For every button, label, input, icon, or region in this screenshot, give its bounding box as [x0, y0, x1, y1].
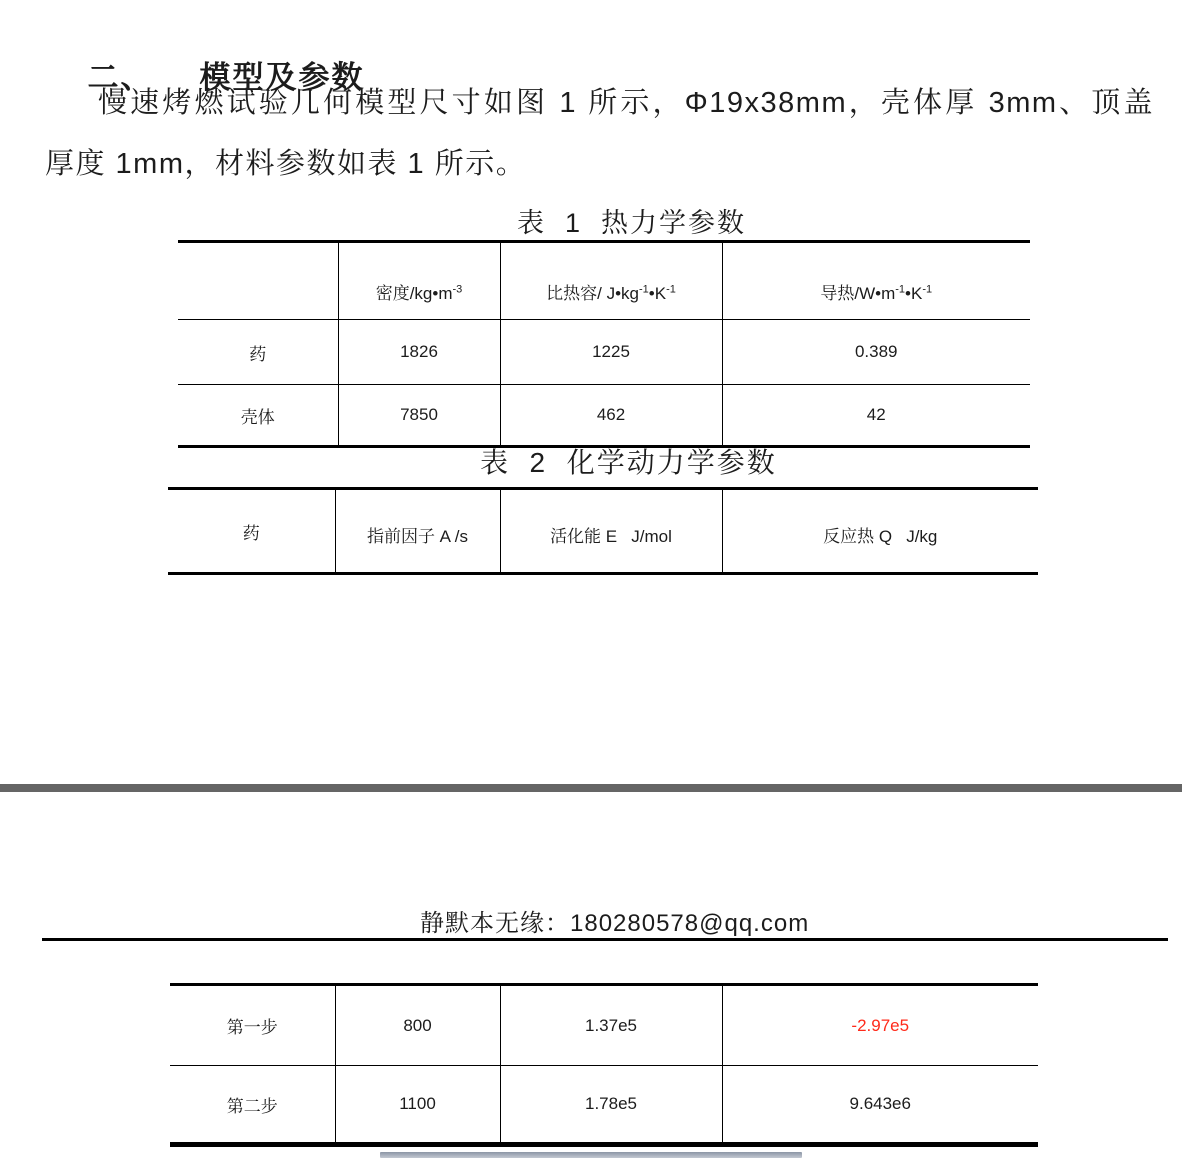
thermo-table: 密度/kg•m-3 比热容/ J•kg-1•K-1 导热/W•m-1•K-1 药… — [178, 240, 1030, 448]
row-label: 第一步 — [170, 985, 335, 1066]
kinetics-header-reaction-heat: 反应热 Q J/kg — [722, 489, 1038, 574]
cell-value: 42 — [722, 385, 1030, 447]
cell-value: 462 — [500, 385, 722, 447]
kinetics-table-header: 药 指前因子 A /s 活化能 E J/mol 反应热 Q J/kg — [168, 487, 1038, 575]
row-label: 药 — [178, 320, 338, 385]
row-label: 壳体 — [178, 385, 338, 447]
kinetics-header-row-label: 药 — [168, 489, 335, 574]
thermo-header-specific-heat: 比热容/ J•kg-1•K-1 — [500, 242, 722, 320]
cell-value-negative: -2.97e5 — [722, 985, 1038, 1066]
kinetics-table-continued: 第一步 800 1.37e5 -2.97e5 第二步 1100 1.78e5 9… — [170, 983, 1038, 1147]
page-break-bar — [0, 784, 1182, 792]
paragraph-line-2: 厚度 1mm，材料参数如表 1 所示。 — [45, 141, 526, 182]
cell-value: 1225 — [500, 320, 722, 385]
cell-value: 1826 — [338, 320, 500, 385]
document-page: 二、模型及参数 慢速烤燃试验几何模型尺寸如图 1 所示，Φ19x38mm，壳体厚… — [0, 0, 1182, 1160]
paragraph-line-1: 慢速烤燃试验几何模型尺寸如图 1 所示，Φ19x38mm，壳体厚 3mm、顶盖 — [98, 80, 1154, 121]
row-label: 第二步 — [170, 1066, 335, 1145]
table-row: 药 1826 1225 0.389 — [178, 320, 1030, 385]
cell-value: 9.643e6 — [722, 1066, 1038, 1145]
table1-caption: 表 1 热力学参数 — [517, 201, 746, 240]
page-header-rule — [42, 938, 1168, 941]
cell-value: 1.78e5 — [500, 1066, 722, 1145]
table-row: 第二步 1100 1.78e5 9.643e6 — [170, 1066, 1038, 1145]
table-row: 壳体 7850 462 42 — [178, 385, 1030, 447]
thermo-header-density: 密度/kg•m-3 — [338, 242, 500, 320]
cell-value: 1.37e5 — [500, 985, 722, 1066]
cell-value: 0.389 — [722, 320, 1030, 385]
table-row: 第一步 800 1.37e5 -2.97e5 — [170, 985, 1038, 1066]
kinetics-header-activation-energy: 活化能 E J/mol — [500, 489, 722, 574]
thermo-table-header-row: 密度/kg•m-3 比热容/ J•kg-1•K-1 导热/W•m-1•K-1 — [178, 242, 1030, 320]
table2-caption: 表 2 化学动力学参数 — [480, 441, 777, 481]
bottom-divider-bar — [380, 1152, 802, 1158]
kinetics-header-pre-exponential: 指前因子 A /s — [335, 489, 500, 574]
kinetics-table-header-row: 药 指前因子 A /s 活化能 E J/mol 反应热 Q J/kg — [168, 489, 1038, 574]
watermark-text: 静默本无缘：180280578@qq.com — [420, 903, 809, 938]
thermo-header-corner — [178, 242, 338, 320]
thermo-header-conductivity: 导热/W•m-1•K-1 — [722, 242, 1030, 320]
cell-value: 7850 — [338, 385, 500, 447]
cell-value: 1100 — [335, 1066, 500, 1145]
cell-value: 800 — [335, 985, 500, 1066]
